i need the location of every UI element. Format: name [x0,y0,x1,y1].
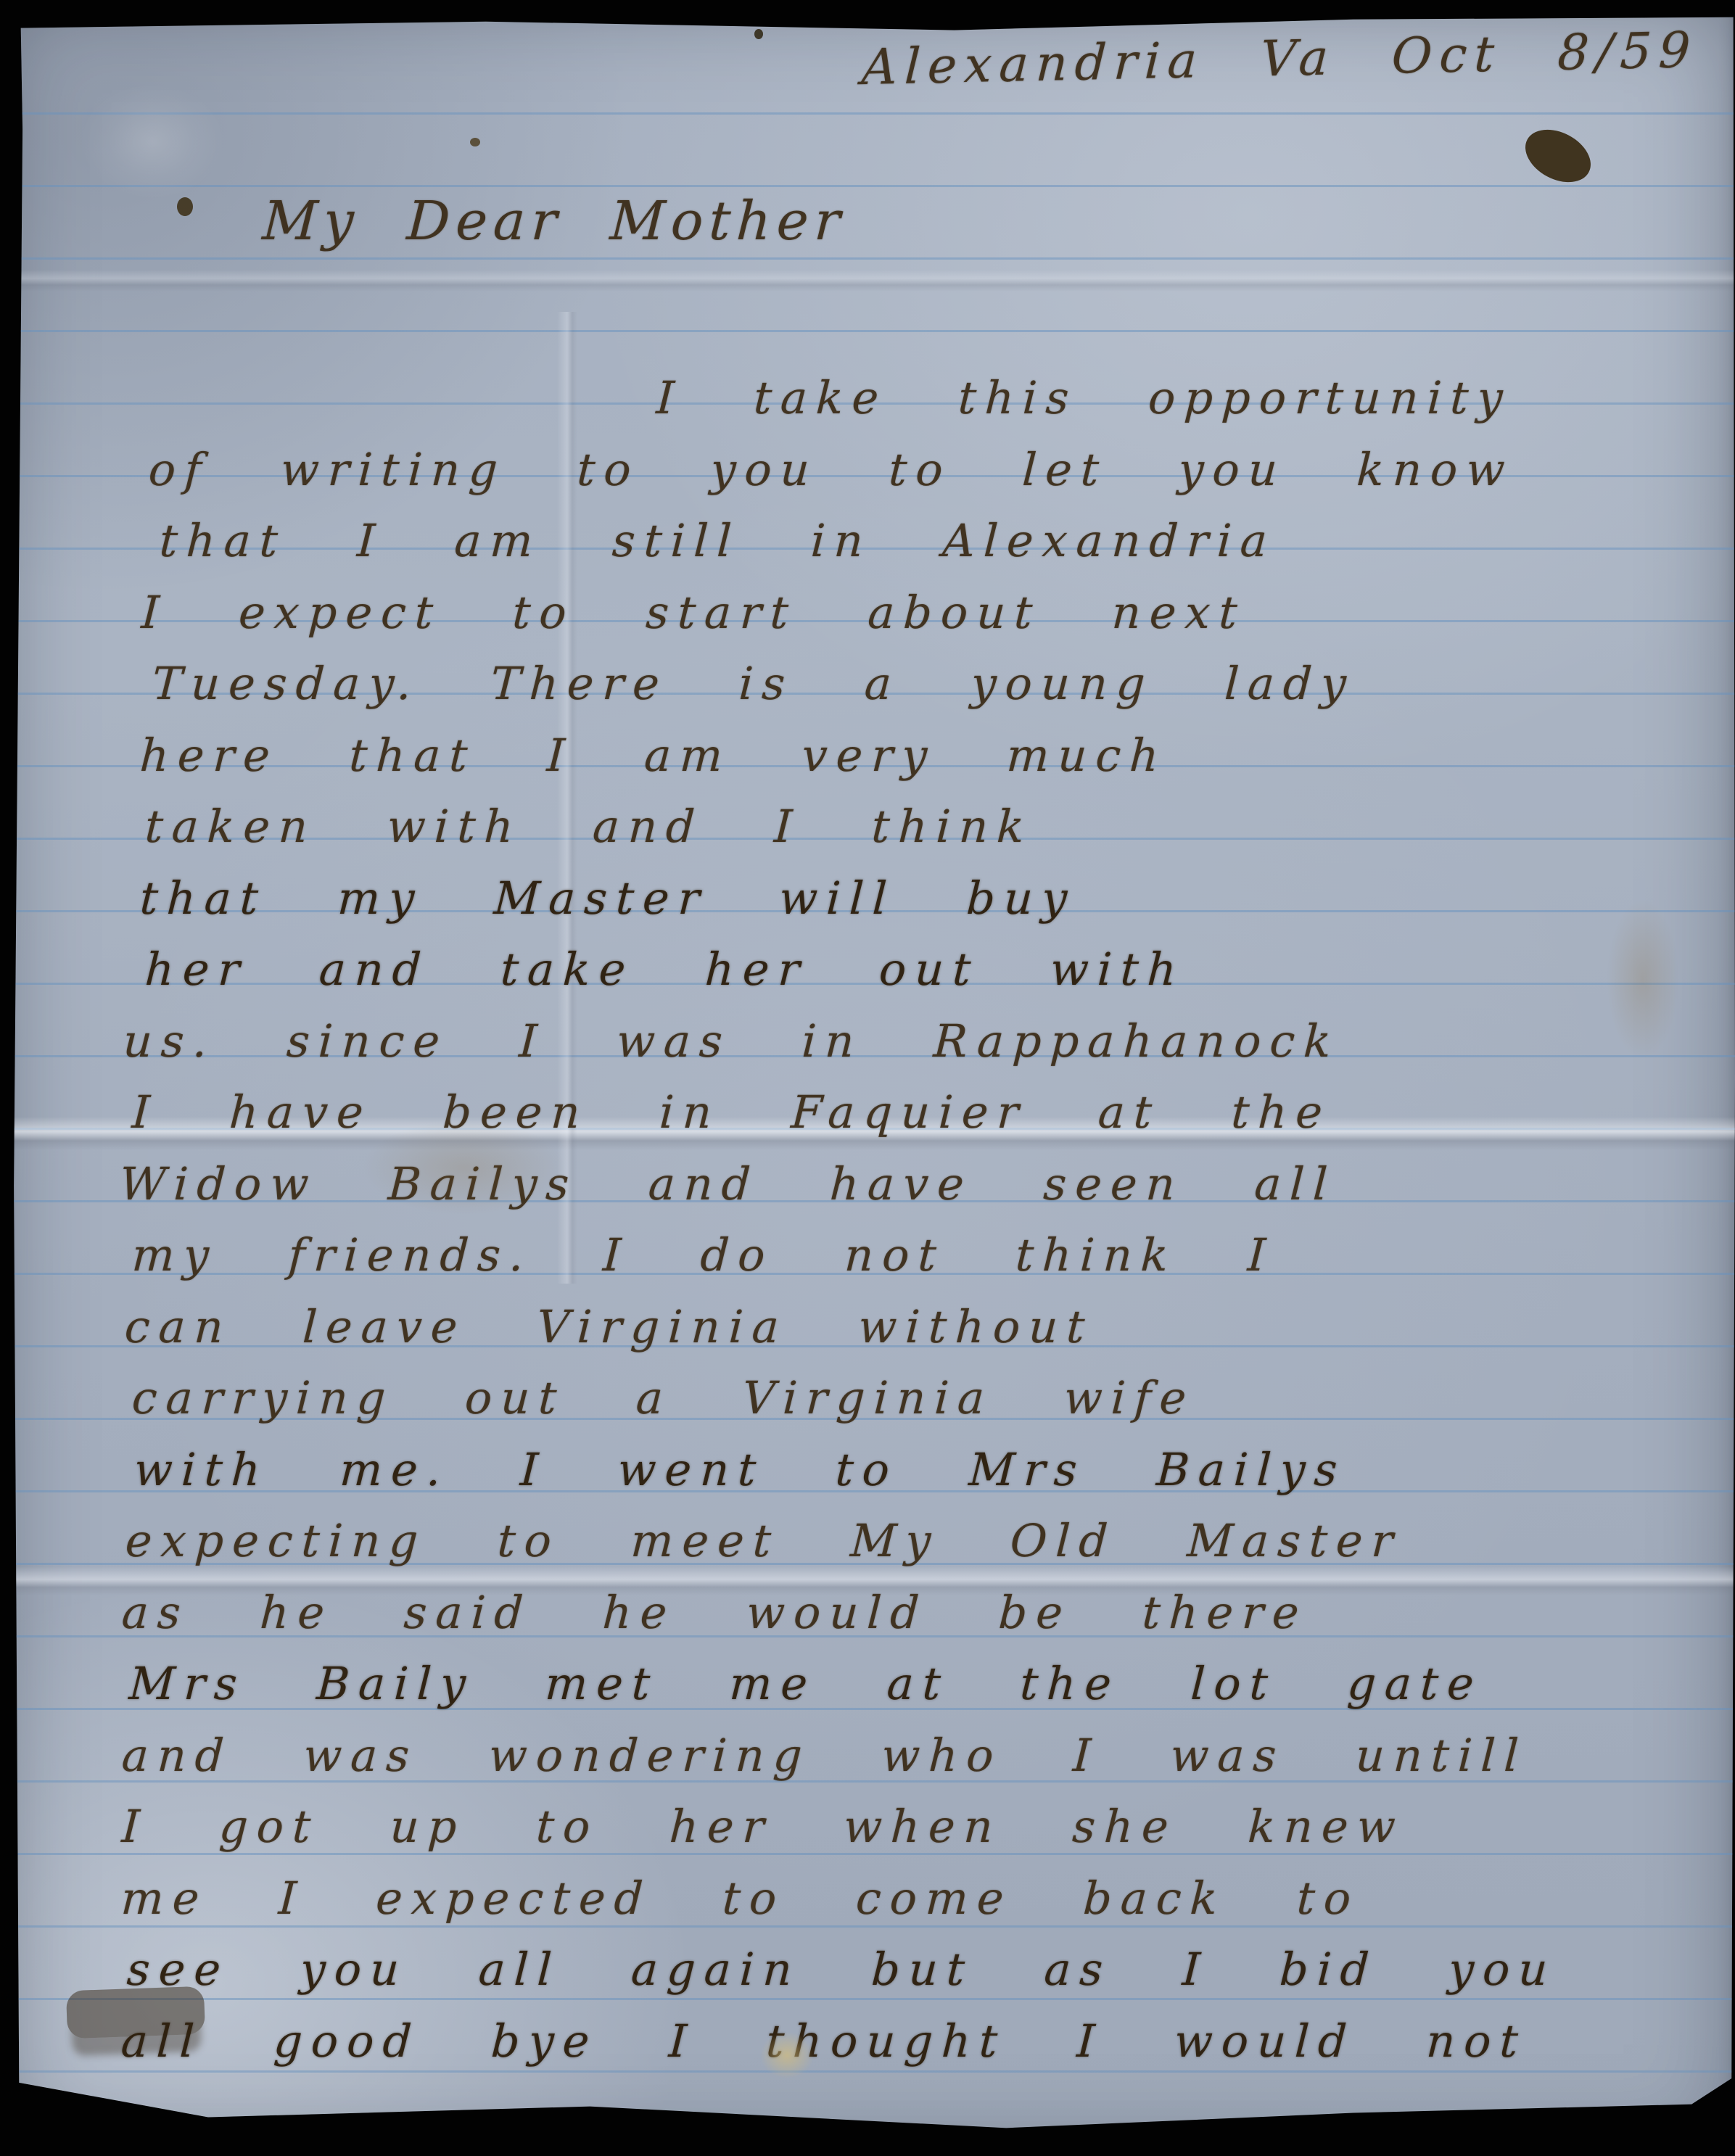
body-line: I got up to her when she knew [120,1791,1406,1862]
body-line: I expect to start about next [139,577,1248,648]
paper-speck [470,138,480,146]
salutation: My Dear Mother [261,190,848,252]
body-line: Tuesday. There is a young lady [150,648,1356,719]
embossed-stamp [80,83,225,199]
faint-stain [363,1120,566,1215]
paper-speck [754,29,763,39]
body-line: as he said he would be there [120,1577,1309,1648]
body-line: that I am still in Alexandria [157,505,1277,577]
letter-paper: Alexandria Va Oct 8/59 My Dear Mother I … [0,0,1735,2156]
body-line: us. since I was in Rappahanock [121,1006,1341,1077]
body-line: me I expected to come back to [119,1863,1361,1934]
body-line: Widow Bailys and have seen all [118,1149,1338,1220]
body-line: with me. I went to Mrs Bailys [132,1434,1348,1506]
body-line: of writing to you to let you know [147,434,1515,505]
yellow-stain [760,2032,814,2078]
body-line: all good bye I thought I would not [119,2006,1528,2077]
body-line: see you all again but as I bid you [125,1934,1558,2005]
body-line: Mrs Baily met me at the lot gate [127,1648,1484,1719]
body-line: her and take her out with [143,934,1187,1005]
body-line: here that I am very much [138,720,1169,791]
body-line: I take this opportunity [654,363,1513,434]
body-line: taken with and I think [143,791,1034,862]
body-line: and was wondering who I was untill [120,1720,1529,1791]
faint-stain [1607,899,1679,1059]
ink-smudge-on-see [66,1986,205,2039]
body-line: expecting to meet My Old Master [123,1506,1404,1577]
body-line: my friends. I do not think I [130,1220,1276,1291]
body-line: that my Master will buy [138,863,1077,934]
ink-dot-near-salutation [177,197,193,216]
body-line: can leave Virginia without [123,1292,1095,1363]
body-line: I have been in Faquier at the [130,1077,1332,1148]
body-line: carrying out a Virginia wife [130,1363,1196,1434]
